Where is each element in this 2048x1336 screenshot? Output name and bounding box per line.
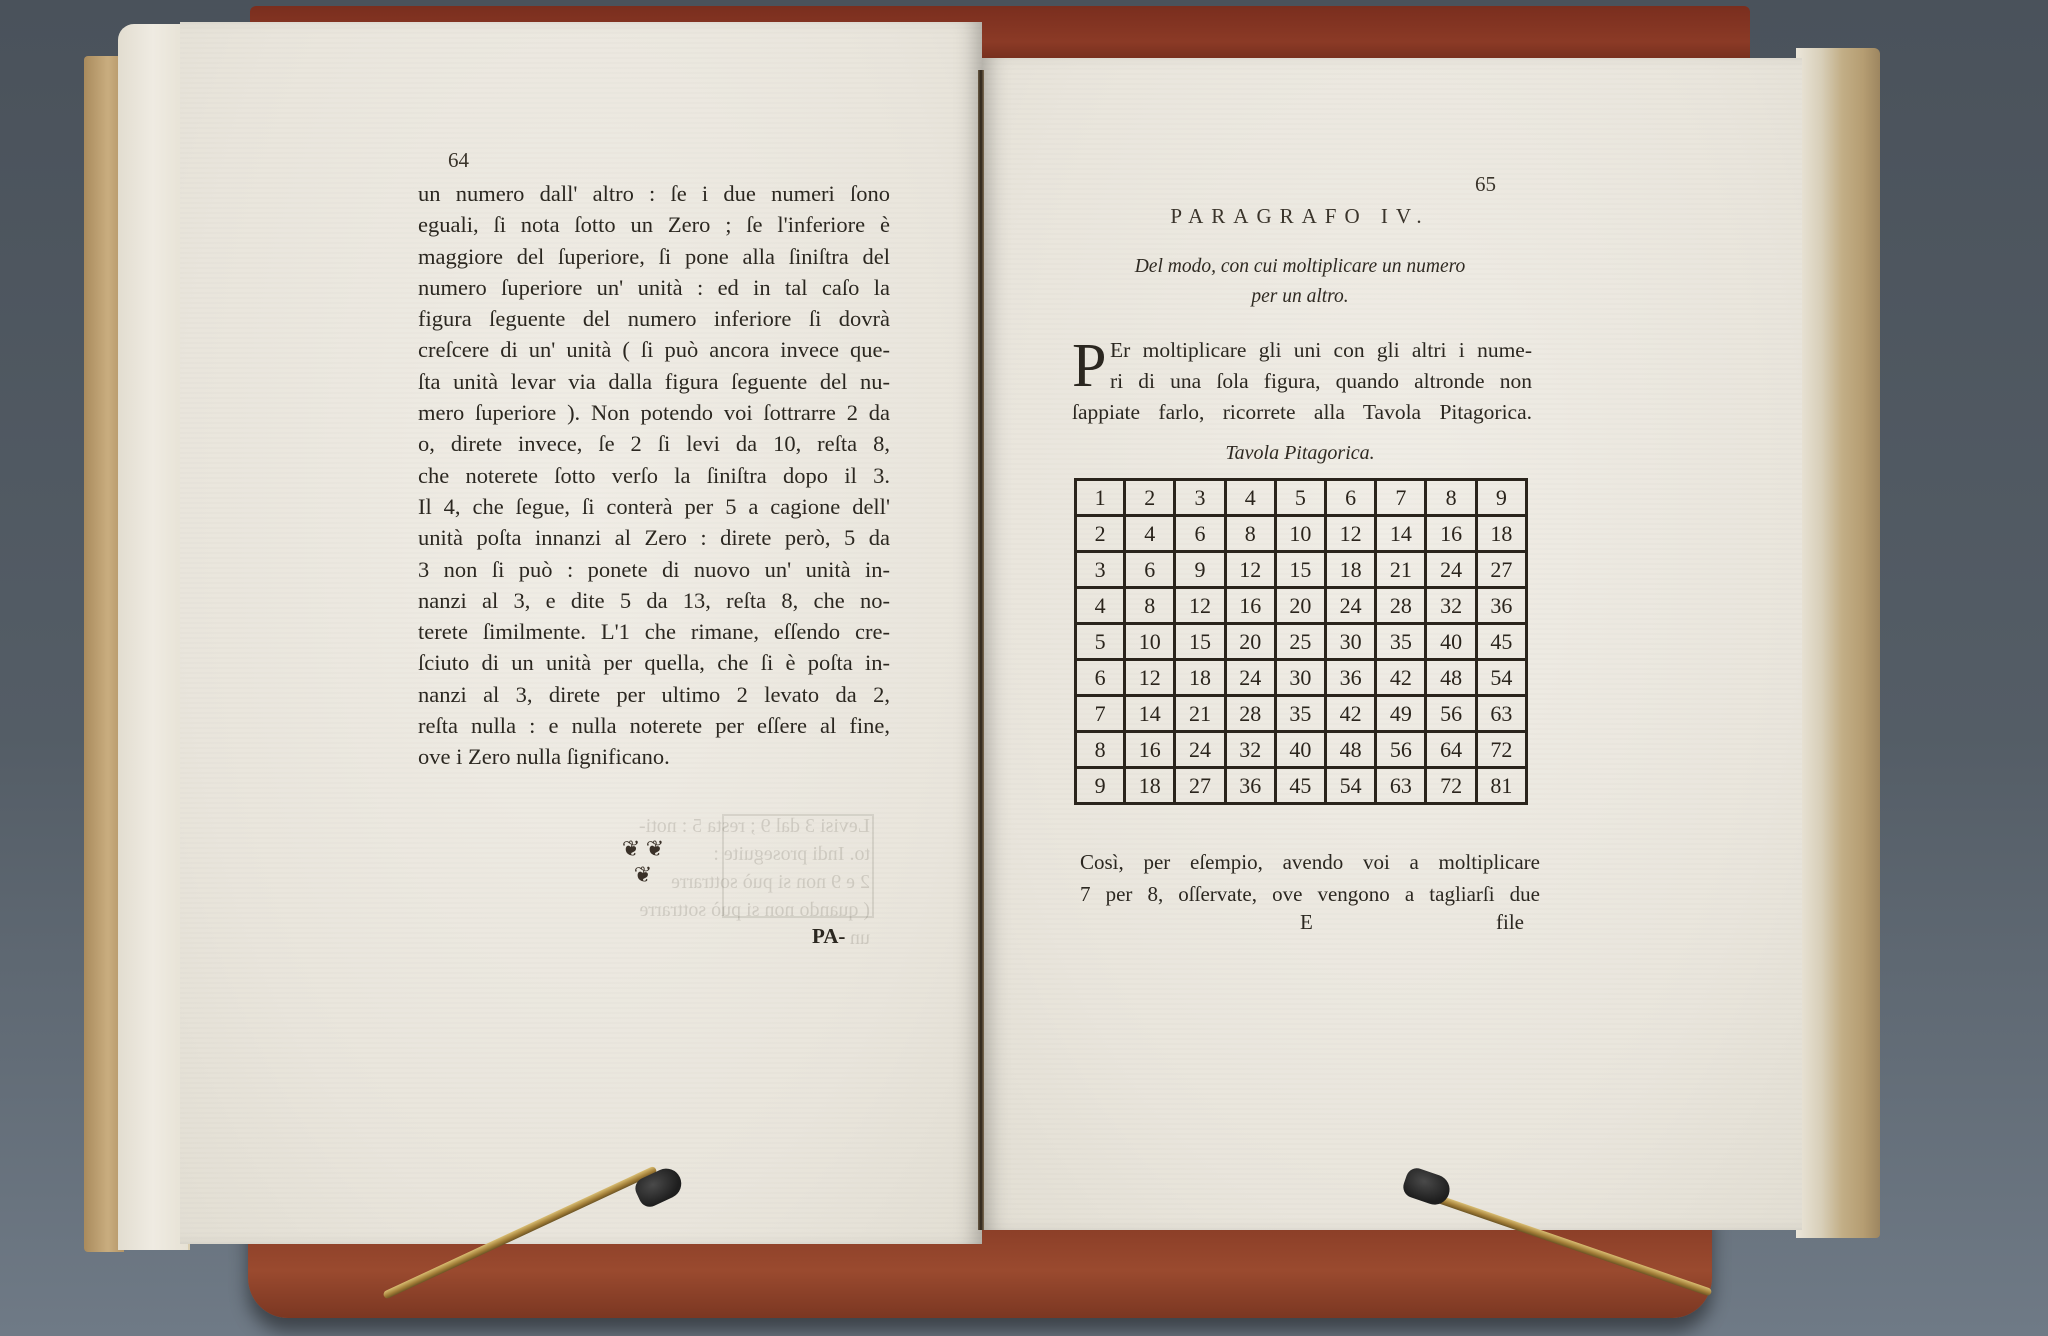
table-cell: 6 — [1326, 480, 1376, 516]
catchword-left: PA- — [812, 924, 845, 949]
table-cell: 2 — [1125, 480, 1175, 516]
table-cell: 28 — [1225, 696, 1275, 732]
text-line: nanzi al 3, e dite 5 da 13, reſta 8, che… — [418, 585, 890, 616]
table-cell: 9 — [1476, 480, 1526, 516]
table-cell: 21 — [1175, 696, 1225, 732]
subheading-line: Del modo, con cui moltiplicare un numero — [1090, 252, 1510, 282]
table-cell: 4 — [1125, 516, 1175, 552]
book-gutter — [978, 70, 984, 1230]
subheading-line: per un altro. — [1090, 282, 1510, 312]
text-line: mero ſuperiore ). Non potendo voi ſottra… — [418, 397, 890, 428]
table-cell: 49 — [1376, 696, 1426, 732]
table-cell: 18 — [1326, 552, 1376, 588]
table-cell: 36 — [1476, 588, 1526, 624]
text-line: reſta nulla : e nulla noterete per eſſer… — [418, 710, 890, 741]
table-cell: 25 — [1275, 624, 1325, 660]
table-row: 81624324048566472 — [1076, 732, 1527, 768]
table-cell: 5 — [1275, 480, 1325, 516]
table-cell: 27 — [1476, 552, 1526, 588]
text-line: figura ſeguente del numero inferiore ſi … — [418, 303, 890, 334]
table-cell: 12 — [1225, 552, 1275, 588]
table-cell: 21 — [1376, 552, 1426, 588]
table-row: 61218243036424854 — [1076, 660, 1527, 696]
page-number-right: 65 — [1475, 172, 1496, 197]
fleuron-top: ❦ ❦ — [598, 836, 688, 862]
table-cell: 36 — [1326, 660, 1376, 696]
table-cell: 12 — [1125, 660, 1175, 696]
text-line: che noterete ſotto verſo la ſiniſtra dop… — [418, 460, 890, 491]
table-cell: 1 — [1076, 480, 1125, 516]
page-stack-right — [1796, 48, 1880, 1238]
table-cell: 4 — [1076, 588, 1125, 624]
fleuron-bottom: ❦ — [598, 862, 688, 888]
intro-paragraph: Er moltiplicare gli uni con gli altri i … — [1072, 335, 1532, 428]
text-line: numero ſuperiore un' unità : ed in tal c… — [418, 272, 890, 303]
table-row: 24681012141618 — [1076, 516, 1527, 552]
table-cell: 45 — [1476, 624, 1526, 660]
table-cell: 48 — [1426, 660, 1476, 696]
table-cell: 20 — [1225, 624, 1275, 660]
table-cell: 6 — [1175, 516, 1225, 552]
left-page-body: un numero dall' altro : ſe i due numeri … — [418, 178, 890, 773]
text-line: Il 4, che ſegue, ſi conterà per 5 a cagi… — [418, 491, 890, 522]
table-cell: 6 — [1125, 552, 1175, 588]
table-cell: 16 — [1426, 516, 1476, 552]
table-cell: 35 — [1275, 696, 1325, 732]
table-cell: 81 — [1476, 768, 1526, 804]
table-cell: 15 — [1175, 624, 1225, 660]
table-cell: 20 — [1275, 588, 1325, 624]
table-cell: 9 — [1175, 552, 1225, 588]
table-cell: 16 — [1125, 732, 1175, 768]
table-cell: 63 — [1376, 768, 1426, 804]
photo-scene: 64 un numero dall' altro : ſe i due nume… — [0, 0, 2048, 1336]
section-heading: PARAGRAFO IV. — [1150, 204, 1450, 229]
text-line: Er moltiplicare gli uni con gli altri i … — [1072, 335, 1532, 366]
table-cell: 12 — [1326, 516, 1376, 552]
table-cell: 4 — [1225, 480, 1275, 516]
table-cell: 42 — [1326, 696, 1376, 732]
table-cell: 54 — [1326, 768, 1376, 804]
table-cell: 6 — [1076, 660, 1125, 696]
table-cell: 8 — [1125, 588, 1175, 624]
table-cell: 45 — [1275, 768, 1325, 804]
table-row: 4812162024283236 — [1076, 588, 1527, 624]
table-row: 369121518212427 — [1076, 552, 1527, 588]
table-cell: 3 — [1175, 480, 1225, 516]
closing-paragraph: Così, per eſempio, avendo voi a moltipli… — [1080, 846, 1540, 910]
text-line: nanzi al 3, direte per ultimo 2 levato d… — [418, 679, 890, 710]
fleuron-ornament-icon: ❦ ❦ ❦ — [598, 836, 688, 888]
table-cell: 56 — [1376, 732, 1426, 768]
table-cell: 24 — [1175, 732, 1225, 768]
table-cell: 40 — [1426, 624, 1476, 660]
table-cell: 54 — [1476, 660, 1526, 696]
page-number-left: 64 — [448, 148, 469, 173]
table-cell: 56 — [1426, 696, 1476, 732]
text-line: 3 non ſi può : ponete di nuovo un' unità… — [418, 554, 890, 585]
table-cell: 3 — [1076, 552, 1125, 588]
table-row: 51015202530354045 — [1076, 624, 1527, 660]
table-title: Tavola Pitagorica. — [1150, 442, 1450, 465]
table-cell: 7 — [1376, 480, 1426, 516]
text-line: maggiore del ſuperiore, ſi pone alla ſin… — [418, 241, 890, 272]
table-cell: 14 — [1125, 696, 1175, 732]
table-cell: 72 — [1426, 768, 1476, 804]
table-cell: 32 — [1225, 732, 1275, 768]
table-row: 123456789 — [1076, 480, 1527, 516]
table-cell: 36 — [1225, 768, 1275, 804]
table-row: 71421283542495663 — [1076, 696, 1527, 732]
table-cell: 9 — [1076, 768, 1125, 804]
text-line: unità poſta innanzi al Zero : direte per… — [418, 522, 890, 553]
table-cell: 18 — [1175, 660, 1225, 696]
text-line: ove i Zero nulla ſignificano. — [418, 741, 890, 772]
table-cell: 16 — [1225, 588, 1275, 624]
table-cell: 42 — [1376, 660, 1426, 696]
table-cell: 32 — [1426, 588, 1476, 624]
bleed-line: ( quando non si può sottrarre — [390, 896, 870, 924]
table-cell: 72 — [1476, 732, 1526, 768]
table-cell: 5 — [1076, 624, 1125, 660]
table-cell: 10 — [1125, 624, 1175, 660]
text-line: eguali, ſi nota ſotto un Zero ; ſe l'inf… — [418, 209, 890, 240]
table-cell: 30 — [1275, 660, 1325, 696]
table-cell: 14 — [1376, 516, 1426, 552]
bleed-line: un — [390, 924, 870, 952]
table-cell: 8 — [1426, 480, 1476, 516]
table-cell: 18 — [1476, 516, 1526, 552]
table-cell: 24 — [1225, 660, 1275, 696]
table-cell: 24 — [1326, 588, 1376, 624]
text-line: un numero dall' altro : ſe i due numeri … — [418, 178, 890, 209]
catchword-right: file — [1496, 910, 1524, 935]
table-cell: 27 — [1175, 768, 1225, 804]
text-line: ſappiate farlo, ricorrete alla Tavola Pi… — [1072, 397, 1532, 428]
text-line: Così, per eſempio, avendo voi a moltipli… — [1080, 846, 1540, 878]
table-cell: 18 — [1125, 768, 1175, 804]
text-line: creſcere di un' unità ( ſi può ancora in… — [418, 334, 890, 365]
table-cell: 8 — [1076, 732, 1125, 768]
table-cell: 12 — [1175, 588, 1225, 624]
table-cell: 30 — [1326, 624, 1376, 660]
table-cell: 15 — [1275, 552, 1325, 588]
table-cell: 35 — [1376, 624, 1426, 660]
table-cell: 2 — [1076, 516, 1125, 552]
text-line: 7 per 8, oſſervate, ove vengono a taglia… — [1080, 878, 1540, 910]
table-cell: 64 — [1426, 732, 1476, 768]
signature-mark: E — [1300, 910, 1313, 935]
text-line: ſta unità levar via dalla figura ſeguent… — [418, 366, 890, 397]
section-subheading: Del modo, con cui moltiplicare un numero… — [1090, 252, 1510, 312]
table-cell: 10 — [1275, 516, 1325, 552]
table-cell: 28 — [1376, 588, 1426, 624]
table-cell: 40 — [1275, 732, 1325, 768]
table-row: 91827364554637281 — [1076, 768, 1527, 804]
text-line: o, direte invece, ſe 2 ſi levi da 10, re… — [418, 428, 890, 459]
text-line: ri di una ſola figura, quando altronde n… — [1072, 366, 1532, 397]
table-cell: 8 — [1225, 516, 1275, 552]
pythagorean-table: 1234567892468101214161836912151821242748… — [1074, 478, 1528, 805]
table-cell: 7 — [1076, 696, 1125, 732]
text-line: ſciuto di un unità per quella, che ſi è … — [418, 647, 890, 678]
table-cell: 24 — [1426, 552, 1476, 588]
table-cell: 63 — [1476, 696, 1526, 732]
table-cell: 48 — [1326, 732, 1376, 768]
text-line: terete ſimilmente. L'1 che rimane, eſſen… — [418, 616, 890, 647]
